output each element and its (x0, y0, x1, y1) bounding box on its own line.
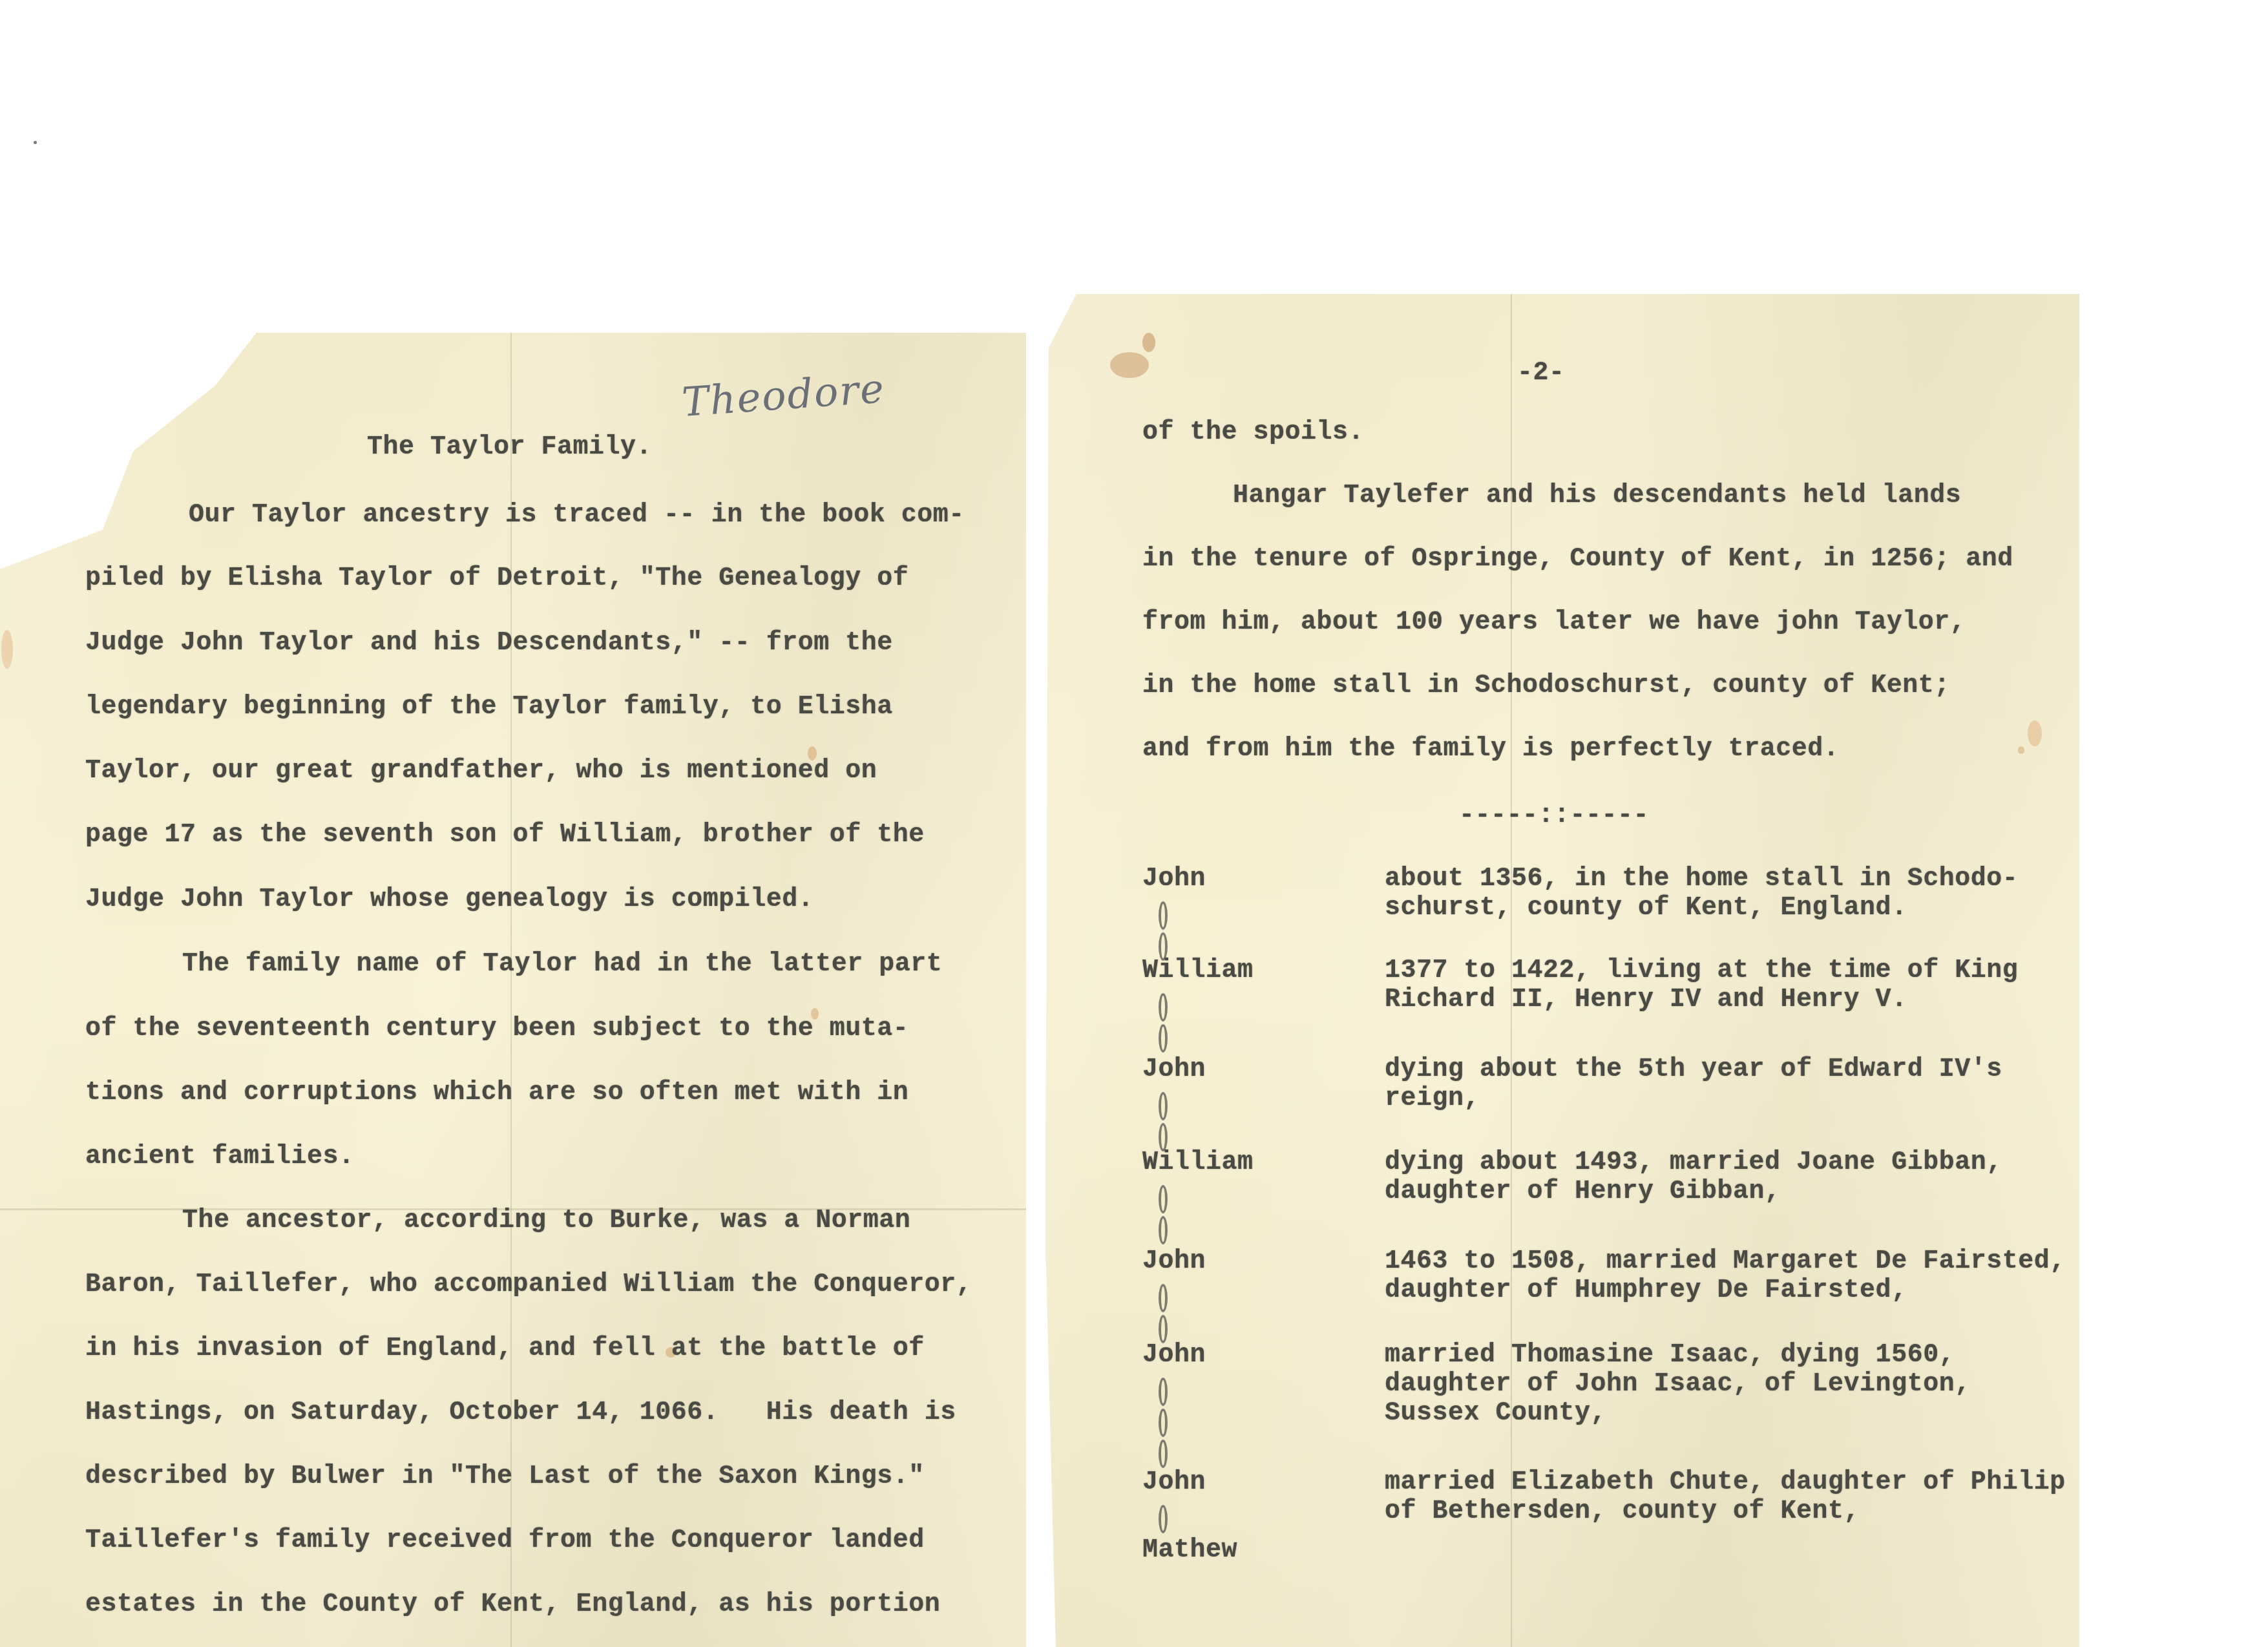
stain (2018, 746, 2024, 754)
text-line: legendary beginning of the Taylor family… (85, 693, 893, 722)
scan-speck (34, 141, 37, 144)
genealogy-name: Mathew (1142, 1536, 1237, 1565)
text-line: of the seventeenth century been subject … (85, 1014, 908, 1044)
fold-crease-vertical (510, 333, 512, 1647)
genealogy-description: 1463 to 1508, married Margaret De Fairst… (1385, 1247, 2066, 1305)
chain-link-icon (1159, 1216, 1168, 1244)
genealogy-description: married Thomasine Isaac, dying 1560, dau… (1385, 1341, 1971, 1428)
text-line: and from him the family is perfectly tra… (1142, 735, 1839, 764)
text-line: Judge John Taylor and his Descendants," … (85, 629, 893, 658)
text-line: Judge John Taylor whose genealogy is com… (85, 885, 814, 914)
chain-link-icon (1159, 1315, 1168, 1343)
chain-link-icon (1159, 1440, 1168, 1468)
chain-link-icon (1159, 1024, 1168, 1053)
document-title: The Taylor Family. (367, 433, 652, 462)
text-line: in the tenure of Ospringe, County of Ken… (1142, 545, 2013, 574)
lineage-connector (1157, 1505, 1170, 1536)
chain-link-icon (1159, 1185, 1168, 1213)
text-line: estates in the County of Kent, England, … (85, 1590, 940, 1619)
genealogy-name: John (1142, 1247, 1206, 1276)
text-line: in the home stall in Schodoschurst, coun… (1142, 671, 1950, 700)
page-one: Theodore The Taylor Family. Our Taylor a… (0, 333, 1026, 1647)
stain (2028, 720, 2042, 746)
genealogy-description: dying about the 5th year of Edward IV's … (1385, 1055, 2002, 1113)
chain-link-icon (1159, 993, 1168, 1022)
genealogy-description: 1377 to 1422, living at the time of King… (1385, 956, 2018, 1014)
text-line: described by Bulwer in "The Last of the … (85, 1462, 925, 1491)
text-line: Taylor, our great grandfather, who is me… (85, 757, 877, 786)
genealogy-name: William (1142, 1148, 1254, 1177)
chain-link-icon (1159, 1378, 1168, 1406)
chain-link-icon (1159, 901, 1168, 930)
page-number: -2- (1517, 359, 1565, 388)
lineage-connector (1157, 1185, 1170, 1247)
lineage-connector (1157, 1284, 1170, 1346)
chain-link-icon (1159, 1284, 1168, 1312)
text-line: Taillefer's family received from the Con… (85, 1526, 925, 1555)
text-line: of the spoils. (1142, 418, 1364, 447)
genealogy-name: John (1142, 865, 1206, 894)
text-line: piled by Elisha Taylor of Detroit, "The … (85, 564, 908, 593)
stain (1, 630, 13, 669)
lineage-connector (1157, 993, 1170, 1055)
text-line: Hangar Taylefer and his descendants held… (1233, 481, 1961, 510)
chain-link-icon (1159, 1505, 1168, 1533)
lineage-connector (1157, 901, 1170, 963)
genealogy-name: John (1142, 1468, 1206, 1497)
text-line: The ancestor, according to Burke, was a … (182, 1206, 910, 1235)
genealogy-description: dying about 1493, married Joane Gibban, … (1385, 1148, 2002, 1206)
chain-link-icon (1159, 1409, 1168, 1437)
text-line: The family name of Taylor had in the lat… (182, 950, 942, 979)
handwritten-note: Theodore (680, 364, 887, 426)
genealogy-description: married Elizabeth Chute, daughter of Phi… (1385, 1468, 2066, 1526)
lineage-connector (1157, 1378, 1170, 1471)
section-separator: -----::----- (1459, 801, 1649, 830)
text-line: tions and corruptions which are so often… (85, 1078, 908, 1107)
chain-link-icon (1159, 1092, 1168, 1120)
stain (1142, 333, 1155, 352)
page-two: -2- of the spoils. Hangar Taylefer and h… (1045, 294, 2079, 1647)
text-line: ancient families. (85, 1142, 355, 1171)
text-line: from him, about 100 years later we have … (1142, 608, 1966, 637)
text-line: page 17 as the seventh son of William, b… (85, 821, 925, 850)
genealogy-description: about 1356, in the home stall in Schodo-… (1385, 865, 2018, 923)
text-line: in his invasion of England, and fell at … (85, 1334, 925, 1363)
text-line: Our Taylor ancestry is traced -- in the … (189, 501, 965, 530)
genealogy-name: John (1142, 1055, 1206, 1084)
lineage-connector (1157, 1092, 1170, 1154)
chain-link-icon (1159, 1123, 1168, 1151)
text-line: Baron, Taillefer, who accompanied Willia… (85, 1270, 972, 1299)
genealogy-name: John (1142, 1341, 1206, 1370)
genealogy-name: William (1142, 956, 1254, 985)
stain (1110, 352, 1149, 378)
text-line: Hastings, on Saturday, October 14, 1066.… (85, 1398, 956, 1427)
